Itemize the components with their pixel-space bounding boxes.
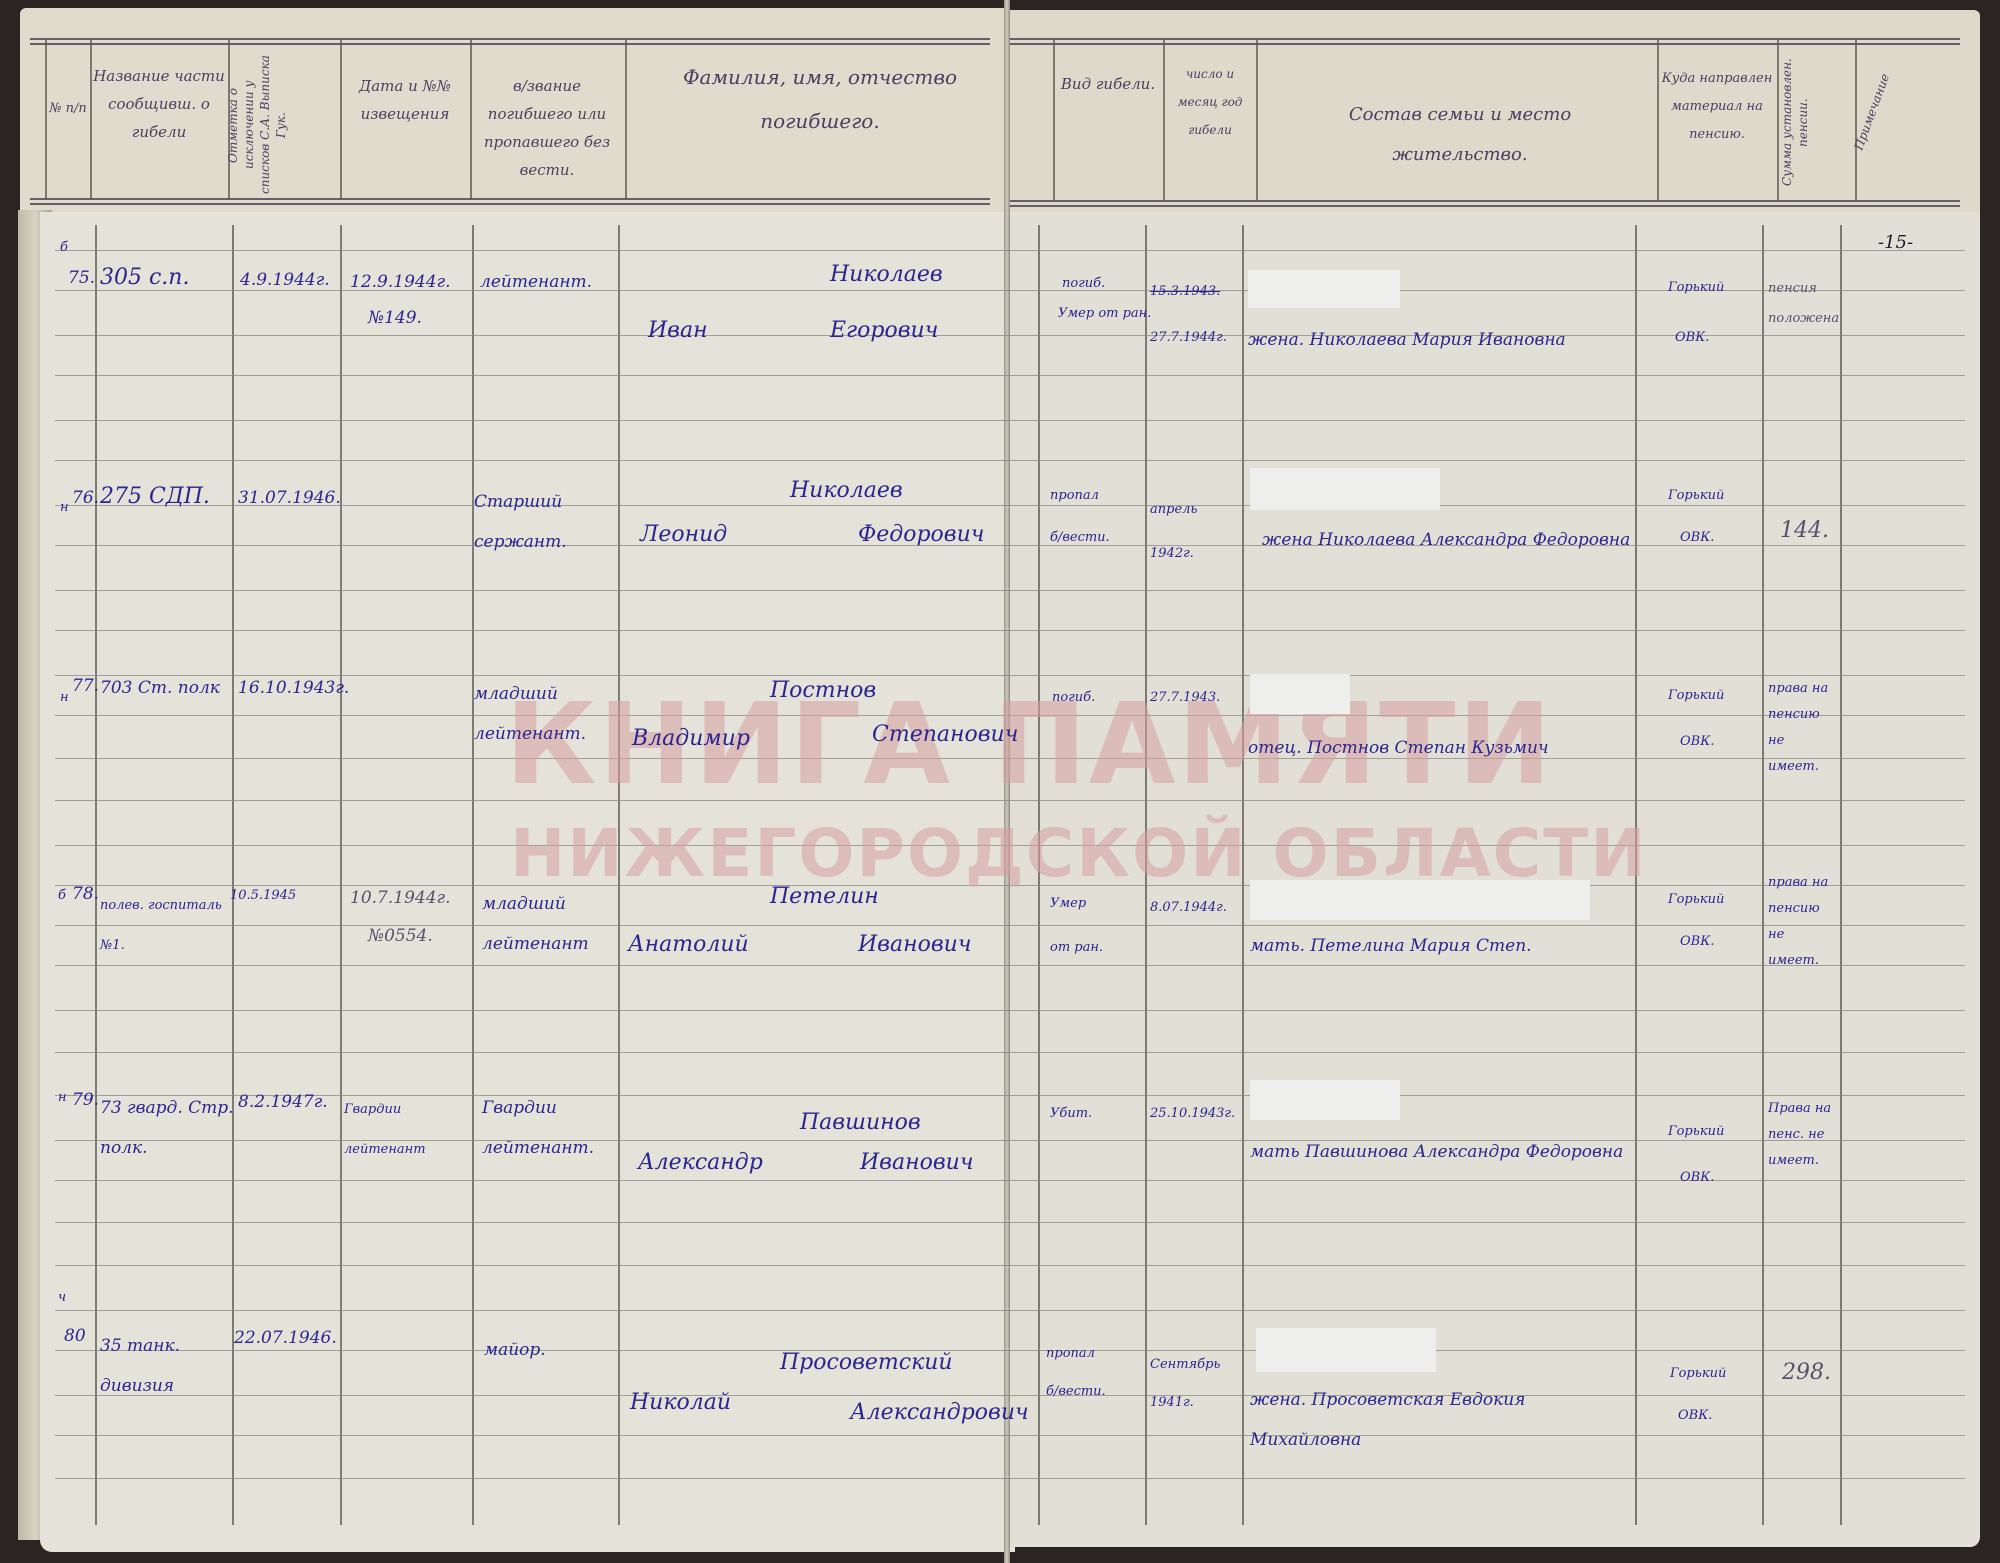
family: жена. Просоветская Евдокия Михайловна <box>1250 1380 1640 1460</box>
notice-date: Гвардии лейтенант <box>344 1090 472 1170</box>
redacted-block <box>1250 468 1440 510</box>
death-type: погиб. <box>1052 690 1095 705</box>
notes: права на пенсию не имеет. <box>1768 676 1838 780</box>
ruled-line <box>55 1095 1965 1096</box>
pension-sum: 144. <box>1780 518 1829 543</box>
patronymic: Федорович <box>858 522 984 547</box>
ruled-line <box>55 460 1965 461</box>
family: отец. Постнов Степан Кузьмич <box>1248 738 1549 758</box>
first-name: Александр <box>638 1150 763 1175</box>
col-divider <box>1053 40 1055 200</box>
row-num: 76. <box>72 488 99 508</box>
sent-to-office: ОВК. <box>1680 1170 1714 1185</box>
mark-date: 16.10.1943г. <box>238 678 349 698</box>
surname: Павшинов <box>800 1110 921 1135</box>
ruled-line <box>55 545 1965 546</box>
margin-note: б <box>58 888 66 903</box>
ruled-line <box>55 1010 1965 1011</box>
sent-to-office: ОВК. <box>1675 330 1709 345</box>
header-name: Фамилия, имя, отчество погибшего. <box>650 55 990 143</box>
header-death-date: число и месяц год гибели <box>1165 60 1255 144</box>
death-type: пропал <box>1050 488 1099 503</box>
sent-to-office: ОВК. <box>1678 1408 1712 1423</box>
header-bottom-rule-right <box>1010 200 1960 207</box>
surname: Постнов <box>770 678 876 703</box>
patronymic: Иванович <box>860 1150 974 1175</box>
margin-note: н <box>60 500 69 515</box>
header-rank: в/звание погибшего или пропавшего без ве… <box>472 72 622 184</box>
ruled-line <box>55 1435 1965 1436</box>
death-type: пропал <box>1046 1346 1095 1361</box>
ruled-line <box>55 1222 1965 1223</box>
family: жена Николаева Александра Федоровна <box>1262 530 1630 550</box>
ruled-line <box>55 1478 1965 1479</box>
first-name: Анатолий <box>628 932 749 957</box>
first-name: Иван <box>648 318 708 343</box>
ledger-spread: № п/п Название части сообщивш. о гибели … <box>0 0 2000 1563</box>
header-sent-to: Куда направлен материал на пенсию. <box>1659 65 1775 149</box>
notice-number: №149. <box>368 308 422 328</box>
first-name: Леонид <box>640 522 727 547</box>
death-type: Умер <box>1050 896 1086 911</box>
death-date: апрель 1942г. <box>1150 488 1240 576</box>
row-num: 79. <box>72 1090 99 1110</box>
ruled-line <box>55 965 1965 966</box>
sent-to-office: ОВК. <box>1680 734 1714 749</box>
redacted-block <box>1256 1328 1436 1372</box>
unit: 73 гвард. Стр. полк. <box>100 1088 235 1168</box>
family: жена. Николаева Мария Ивановна <box>1248 330 1566 350</box>
col-divider <box>1256 40 1258 200</box>
row-num: 78. <box>72 884 99 904</box>
mark-date: 22.07.1946. <box>234 1328 337 1348</box>
header-num: № п/п <box>46 95 90 123</box>
death-type: Убит. <box>1050 1106 1092 1121</box>
death-date-struck: 15.3.1943. <box>1150 284 1220 299</box>
sent-to-city: Горький <box>1668 488 1724 503</box>
ruled-line <box>55 375 1965 376</box>
family: мать. Петелина Мария Степ. <box>1250 936 1532 956</box>
pension-sum: 298. <box>1782 1360 1831 1385</box>
ruled-line <box>55 1350 1965 1351</box>
margin-note: ч <box>58 1290 66 1305</box>
rank: младший лейтенант. <box>474 674 614 754</box>
rank: младший лейтенант <box>482 884 622 964</box>
row-num: 75. <box>68 268 95 288</box>
rank: Гвардии лейтенант. <box>482 1088 622 1168</box>
death-type: погиб. <box>1062 276 1105 291</box>
rank: лейтенант. <box>480 272 592 292</box>
death-date: 25.10.1943г. <box>1150 1106 1235 1121</box>
unit: 305 с.п. <box>100 265 189 290</box>
surname: Петелин <box>770 884 879 909</box>
notes: пенсия положена <box>1768 274 1838 334</box>
margin-note: н <box>58 1090 67 1105</box>
sent-to-city: Горький <box>1670 1366 1726 1381</box>
row-num: 77. <box>72 676 99 696</box>
redacted-block <box>1248 270 1400 308</box>
ruled-line <box>55 250 1965 251</box>
sent-to-city: Горький <box>1668 1124 1724 1139</box>
mark-date: 8.2.1947г. <box>238 1092 328 1112</box>
death-type-2: б/вести. <box>1050 530 1110 545</box>
surname: Просоветский <box>780 1350 953 1375</box>
patronymic: Егорович <box>830 318 938 343</box>
header-death-type: Вид гибели. <box>1055 70 1161 98</box>
sent-to-city: Горький <box>1668 892 1724 907</box>
sent-to-office: ОВК. <box>1680 934 1714 949</box>
death-type-2: Умер от ран. <box>1058 306 1151 321</box>
death-type-2: от ран. <box>1050 940 1103 955</box>
ruled-line <box>55 505 1965 506</box>
ruled-line <box>55 1140 1965 1141</box>
first-name: Николай <box>630 1390 731 1415</box>
header-top-rule <box>30 38 990 45</box>
header-bottom-rule <box>30 198 990 205</box>
ruled-line <box>55 630 1965 631</box>
notes: права на пенсию не имеет. <box>1768 870 1838 974</box>
death-date: Сентябрь 1941г. <box>1150 1346 1245 1422</box>
notes: Права на пенс. не имеет. <box>1768 1096 1838 1174</box>
margin-note: н <box>60 690 69 705</box>
margin-note: б <box>60 240 68 255</box>
ruled-line <box>55 1052 1965 1053</box>
mark-date: 4.9.1944г. <box>240 270 330 290</box>
ruled-line <box>55 925 1965 926</box>
rank: майор. <box>484 1340 546 1360</box>
ruled-line <box>55 1395 1965 1396</box>
redacted-block <box>1250 880 1590 920</box>
notice-date: 10.7.1944г. <box>350 888 451 908</box>
death-date: 8.07.1944г. <box>1150 900 1227 915</box>
mark-date: 31.07.1946. <box>238 488 341 508</box>
mark-date: 10.5.1945 <box>230 888 296 903</box>
ruled-line <box>55 590 1965 591</box>
unit: 703 Ст. полк <box>100 678 220 698</box>
unit: 35 танк. дивизия <box>100 1326 235 1406</box>
notice-number: №0554. <box>368 926 433 946</box>
col-divider <box>625 40 627 200</box>
unit: полев. госпиталь №1. <box>100 886 235 966</box>
ruled-line <box>55 1265 1965 1266</box>
notice-date: 12.9.1944г. <box>350 272 451 292</box>
death-type-2: б/вести. <box>1046 1384 1106 1399</box>
sent-to-city: Горький <box>1668 280 1724 295</box>
header-top-rule-right <box>1010 38 1960 45</box>
unit: 275 СДП. <box>100 484 210 509</box>
header-family: Состав семьи и место жительство. <box>1280 95 1640 175</box>
patronymic: Иванович <box>858 932 972 957</box>
header-mark: Отметка о исключении у списков С.А. Выпи… <box>225 55 340 195</box>
header-unit: Название части сообщивш. о гибели <box>92 62 226 146</box>
row-num: 80 <box>64 1326 86 1346</box>
ruled-line <box>55 675 1965 676</box>
rank: Старший сержант. <box>474 482 614 562</box>
first-name: Владимир <box>632 726 750 751</box>
ruled-line <box>55 420 1965 421</box>
redacted-block <box>1250 674 1350 714</box>
redacted-block <box>1250 1080 1400 1120</box>
death-date: 27.7.1944г. <box>1150 330 1227 345</box>
surname: Николаев <box>790 478 903 503</box>
sent-to-office: ОВК. <box>1680 530 1714 545</box>
page-number: -15- <box>1878 232 1913 253</box>
patronymic: Александрович <box>850 1400 1029 1425</box>
ruled-line <box>55 1180 1965 1181</box>
death-date: 27.7.1943. <box>1150 690 1220 705</box>
header-notice-date: Дата и №№ извещения <box>342 72 468 128</box>
surname: Николаев <box>830 262 943 287</box>
patronymic: Степанович <box>872 722 1018 747</box>
sent-to-city: Горький <box>1668 688 1724 703</box>
family: мать Павшинова Александра Федоровна <box>1250 1132 1630 1172</box>
ruled-line <box>55 1310 1965 1311</box>
